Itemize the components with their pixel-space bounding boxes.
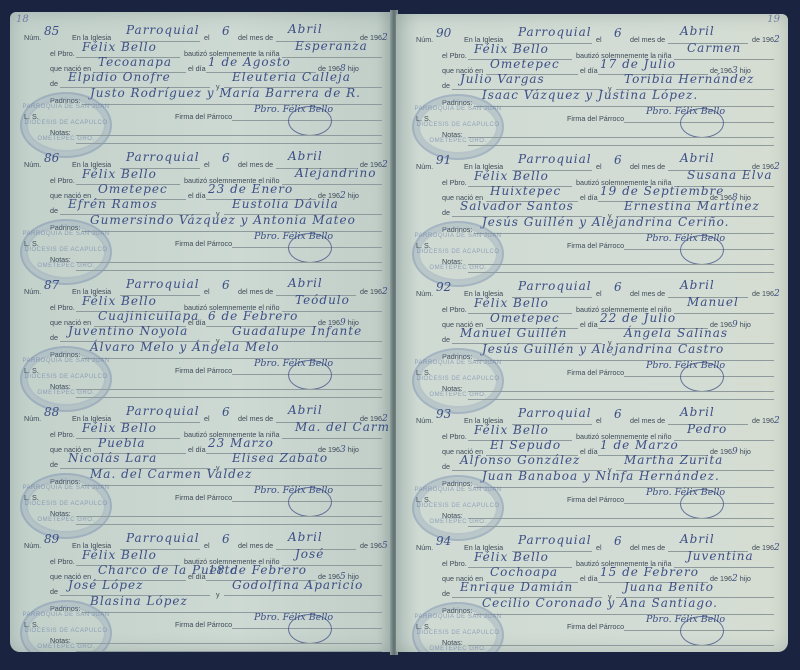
birthplace-value: Cuajinicuilapa: [98, 309, 199, 323]
on-day-label: el día: [188, 64, 206, 73]
notes-label: Notas:: [442, 257, 463, 266]
day-label: el: [204, 287, 210, 296]
day-label: el: [204, 541, 210, 550]
num-label: Núm.: [24, 287, 41, 296]
mother-name: Martha Zurita: [624, 453, 723, 467]
signature-label: Firma del Párroco: [175, 493, 232, 502]
num-label: Núm.: [416, 162, 433, 171]
day-label: el: [596, 35, 602, 44]
signature-label: Firma del Párroco: [175, 620, 232, 629]
mother-name: Eleuteria Calleja: [232, 70, 351, 84]
child-name: Ma. del Carmen: [295, 420, 392, 434]
godparents-value: Juan Banaboa y Ninfa Hernández.: [482, 469, 720, 483]
father-name: José López: [68, 578, 143, 592]
father-name: Efrén Ramos: [68, 197, 158, 211]
baptism-entry: Núm. 90 En la Iglesia Parroquial el 6 de…: [402, 18, 788, 146]
father-name: Elpidio Onofre: [68, 70, 171, 84]
signature-label: Firma del Párroco: [567, 114, 624, 123]
priest-value: Félix Bello: [82, 294, 157, 308]
of-label: de: [442, 589, 450, 598]
child-name: Juventina: [687, 549, 754, 563]
ls-label: L. S.: [24, 493, 39, 502]
of-label: de: [442, 208, 450, 217]
priest-value: Félix Bello: [82, 40, 157, 54]
day-label: el: [596, 416, 602, 425]
of-label: de: [50, 333, 58, 342]
ls-label: L. S.: [416, 241, 431, 250]
godparents-value: Jesús Guillén y Alejandrina Castro: [482, 342, 724, 356]
entry-number: 92: [436, 280, 451, 294]
priest-value: Félix Bello: [82, 548, 157, 562]
day-label: el: [596, 289, 602, 298]
entry-number: 85: [44, 24, 59, 38]
ls-label: L. S.: [24, 366, 39, 375]
mother-name: Ángela Salinas: [624, 326, 728, 340]
of-label: de: [442, 335, 450, 344]
month-label: del mes de: [238, 541, 273, 550]
ls-label: L. S.: [24, 239, 39, 248]
year-label: de 1962: [752, 543, 780, 553]
ls-label: L. S.: [416, 622, 431, 631]
day-label: el: [204, 160, 210, 169]
day-value: 6: [614, 153, 623, 167]
priest-value: Félix Bello: [474, 550, 549, 564]
month-value: Abril: [288, 149, 323, 163]
notes-label: Notas:: [442, 384, 463, 393]
notes-label: Notas:: [442, 511, 463, 520]
godparents-value: Blasina López: [90, 594, 188, 608]
priest-label: el Pbro.: [50, 176, 75, 185]
signature-flourish: [680, 362, 724, 392]
birthplace-value: Ometepec: [490, 57, 560, 71]
child-name: José: [295, 547, 324, 561]
num-label: Núm.: [24, 414, 41, 423]
ls-label: L. S.: [416, 368, 431, 377]
signature-label: Firma del Párroco: [175, 366, 232, 375]
num-label: Núm.: [416, 416, 433, 425]
on-day-label: el día: [580, 66, 598, 75]
ls-label: L. S.: [416, 495, 431, 504]
father-name: Nicolás Lara: [68, 451, 157, 465]
godparents-value: Gumersindo Vázquez y Antonia Mateo: [90, 213, 356, 227]
on-day-label: el día: [188, 191, 206, 200]
of-label: de: [50, 460, 58, 469]
priest-label: el Pbro.: [442, 559, 467, 568]
church-value: Parroquial: [518, 279, 592, 293]
month-label: del mes de: [630, 416, 665, 425]
notes-label: Notas:: [50, 255, 71, 264]
child-name: Susana Elva: [687, 168, 773, 182]
month-label: del mes de: [238, 414, 273, 423]
priest-label: el Pbro.: [442, 432, 467, 441]
month-value: Abril: [288, 403, 323, 417]
month-label: del mes de: [630, 289, 665, 298]
signature-flourish: [288, 487, 332, 517]
church-value: Parroquial: [126, 150, 200, 164]
day-value: 6: [222, 405, 231, 419]
on-day-label: el día: [580, 574, 598, 583]
notes-label: Notas:: [50, 382, 71, 391]
entry-number: 93: [436, 407, 451, 421]
num-label: Núm.: [24, 160, 41, 169]
priest-label: el Pbro.: [50, 49, 75, 58]
entry-number: 88: [44, 405, 59, 419]
ls-label: L. S.: [24, 620, 39, 629]
signature-flourish: [288, 360, 332, 390]
father-name: Juventino Noyola: [68, 324, 188, 338]
year-label: de 1962: [752, 416, 780, 426]
child-name: Carmen: [687, 41, 741, 55]
birth-date-value: 15 de Febrero: [600, 565, 699, 579]
month-label: del mes de: [238, 160, 273, 169]
month-value: Abril: [680, 278, 715, 292]
father-name: Julio Vargas: [460, 72, 545, 86]
ls-label: L. S.: [24, 112, 39, 121]
birth-date-value: 17 de Julio: [600, 57, 676, 71]
birth-date-value: 19 de Septiembre: [600, 184, 724, 198]
baptism-entry: Núm. 92 En la Iglesia Parroquial el 6 de…: [402, 272, 788, 400]
signature-flourish: [680, 616, 724, 646]
day-value: 6: [222, 278, 231, 292]
priest-value: Félix Bello: [474, 169, 549, 183]
baptism-entry: Núm. 85 En la Iglesia Parroquial el 6 de…: [10, 16, 392, 144]
birth-date-value: 23 de Enero: [208, 182, 293, 196]
birthplace-value: El Sepudo: [490, 438, 561, 452]
month-label: del mes de: [630, 543, 665, 552]
godparents-value: Ma. del Carmen Valdez: [90, 467, 252, 481]
year-label: de 1962: [752, 35, 780, 45]
month-value: Abril: [288, 530, 323, 544]
on-day-label: el día: [188, 445, 206, 454]
month-value: Abril: [680, 24, 715, 38]
father-name: Alfonso González: [460, 453, 580, 467]
num-label: Núm.: [24, 541, 41, 550]
of-label: de: [50, 79, 58, 88]
birthplace-value: Cochoapa: [490, 565, 558, 579]
baptism-entry: Núm. 91 En la Iglesia Parroquial el 6 de…: [402, 145, 788, 273]
entry-number: 94: [436, 534, 451, 548]
entry-number: 90: [436, 26, 451, 40]
on-day-label: el día: [188, 572, 206, 581]
entry-number: 91: [436, 153, 451, 167]
godparents-value: Isaac Vázquez y Justina López.: [482, 88, 698, 102]
priest-value: Félix Bello: [474, 423, 549, 437]
of-label: de: [50, 587, 58, 596]
day-value: 6: [614, 26, 623, 40]
mother-name: Eustolia Dávila: [232, 197, 339, 211]
month-value: Abril: [288, 276, 323, 290]
godparents-value: Álvaro Melo y Ángela Melo: [90, 340, 280, 354]
notes-label: Notas:: [50, 509, 71, 518]
month-label: del mes de: [238, 33, 273, 42]
priest-value: Félix Bello: [474, 296, 549, 310]
church-value: Parroquial: [126, 277, 200, 291]
signature-flourish: [288, 233, 332, 263]
of-label: de: [50, 206, 58, 215]
father-name: Manuel Guillén: [460, 326, 567, 340]
baptism-entry: Núm. 86 En la Iglesia Parroquial el 6 de…: [10, 143, 392, 271]
birth-date-value: 18 de Febrero: [208, 563, 307, 577]
mother-name: Ernestina Martínez: [624, 199, 760, 213]
mother-name: Elisea Zabato: [232, 451, 328, 465]
day-value: 6: [614, 280, 623, 294]
mother-name: Juana Benito: [624, 580, 714, 594]
year-label: de 1965: [360, 541, 388, 551]
signature-label: Firma del Párroco: [567, 241, 624, 250]
child-name: Manuel: [687, 295, 739, 309]
priest-label: el Pbro.: [442, 305, 467, 314]
notes-label: Notas:: [50, 636, 71, 645]
birth-date-value: 6 de Febrero: [208, 309, 298, 323]
num-label: Núm.: [24, 33, 41, 42]
birthplace-value: Ometepec: [490, 311, 560, 325]
birth-year-label: de 1962 hijo: [710, 574, 751, 584]
day-value: 6: [222, 151, 231, 165]
day-value: 6: [614, 407, 623, 421]
day-value: 6: [614, 534, 623, 548]
birthplace-value: Huixtepec: [490, 184, 561, 198]
on-day-label: el día: [580, 193, 598, 202]
baptism-entry: Núm. 89 En la Iglesia Parroquial el 6 de…: [10, 524, 392, 652]
year-label: de 1962: [360, 287, 388, 297]
birthplace-value: Ometepec: [98, 182, 168, 196]
day-value: 6: [222, 24, 231, 38]
month-value: Abril: [680, 151, 715, 165]
church-value: Parroquial: [518, 152, 592, 166]
register-book: 18 Núm. 85 En la Iglesia Parroquial el 6…: [0, 0, 800, 670]
godparents-value: Cecilio Coronado y Ana Santiago.: [482, 596, 718, 610]
of-label: de: [442, 462, 450, 471]
mother-name: Toribia Hernández: [624, 72, 754, 86]
entry-number: 86: [44, 151, 59, 165]
num-label: Núm.: [416, 35, 433, 44]
on-day-label: el día: [580, 447, 598, 456]
day-label: el: [204, 414, 210, 423]
month-label: del mes de: [630, 35, 665, 44]
priest-value: Félix Bello: [474, 42, 549, 56]
birth-date-value: 1 de Marzo: [600, 438, 679, 452]
signature-flourish: [680, 108, 724, 138]
day-label: el: [596, 543, 602, 552]
entry-number: 89: [44, 532, 59, 546]
on-day-label: el día: [580, 320, 598, 329]
ls-label: L. S.: [416, 114, 431, 123]
day-label: el: [596, 162, 602, 171]
mother-name: Guadalupe Infante: [232, 324, 362, 338]
birthplace-value: Tecoanapa: [98, 55, 172, 69]
baptism-entry: Núm. 87 En la Iglesia Parroquial el 6 de…: [10, 270, 392, 398]
month-value: Abril: [288, 22, 323, 36]
priest-label: el Pbro.: [442, 51, 467, 60]
right-page: 19 Núm. 90 En la Iglesia Parroquial el 6…: [396, 14, 788, 652]
church-value: Parroquial: [126, 531, 200, 545]
child-name: Alejandrino: [295, 166, 376, 180]
church-value: Parroquial: [518, 533, 592, 547]
signature-label: Firma del Párroco: [175, 239, 232, 248]
num-label: Núm.: [416, 289, 433, 298]
child-name: Pedro: [687, 422, 727, 436]
birthplace-value: Puebla: [98, 436, 146, 450]
year-label: de 1962: [752, 289, 780, 299]
priest-label: el Pbro.: [442, 178, 467, 187]
priest-value: Félix Bello: [82, 167, 157, 181]
and-label: y: [216, 590, 220, 599]
month-label: del mes de: [238, 287, 273, 296]
baptism-entry: Núm. 93 En la Iglesia Parroquial el 6 de…: [402, 399, 788, 527]
church-value: Parroquial: [518, 25, 592, 39]
month-label: del mes de: [630, 162, 665, 171]
church-value: Parroquial: [126, 23, 200, 37]
baptism-entry: Núm. 94 En la Iglesia Parroquial el 6 de…: [402, 526, 788, 652]
notes-label: Notas:: [442, 638, 463, 647]
notes-label: Notas:: [50, 128, 71, 137]
signature-flourish: [288, 614, 332, 644]
godparents-value: Jesús Guillén y Alejandrina Ceriño.: [482, 215, 729, 229]
godparents-value: Justo Rodríguez y María Barrera de R.: [90, 86, 361, 100]
baptism-entry: Núm. 88 En la Iglesia Parroquial el 6 de…: [10, 397, 392, 525]
signature-flourish: [680, 489, 724, 519]
signature-flourish: [288, 106, 332, 136]
left-page: 18 Núm. 85 En la Iglesia Parroquial el 6…: [10, 12, 392, 652]
priest-label: el Pbro.: [50, 303, 75, 312]
day-label: el: [204, 33, 210, 42]
father-name: Salvador Santos: [460, 199, 574, 213]
signature-label: Firma del Párroco: [567, 622, 624, 631]
month-value: Abril: [680, 405, 715, 419]
month-value: Abril: [680, 532, 715, 546]
on-day-label: el día: [188, 318, 206, 327]
church-value: Parroquial: [518, 406, 592, 420]
child-name: Teódulo: [295, 293, 350, 307]
birth-date-value: 22 de Julio: [600, 311, 676, 325]
signature-label: Firma del Párroco: [567, 495, 624, 504]
priest-value: Félix Bello: [82, 421, 157, 435]
priest-label: el Pbro.: [50, 557, 75, 566]
day-value: 6: [222, 532, 231, 546]
signature-flourish: [680, 235, 724, 265]
of-label: de: [442, 81, 450, 90]
priest-label: el Pbro.: [50, 430, 75, 439]
father-name: Enrique Damián: [460, 580, 573, 594]
mother-name: Godolfina Aparicio: [232, 578, 363, 592]
signature-label: Firma del Párroco: [175, 112, 232, 121]
num-label: Núm.: [416, 543, 433, 552]
notes-label: Notas:: [442, 130, 463, 139]
child-name: Esperanza: [295, 39, 368, 53]
signature-label: Firma del Párroco: [567, 368, 624, 377]
birth-date-value: 23 Marzo: [208, 436, 274, 450]
birth-date-value: 1 de Agosto: [208, 55, 291, 69]
church-value: Parroquial: [126, 404, 200, 418]
entry-number: 87: [44, 278, 59, 292]
